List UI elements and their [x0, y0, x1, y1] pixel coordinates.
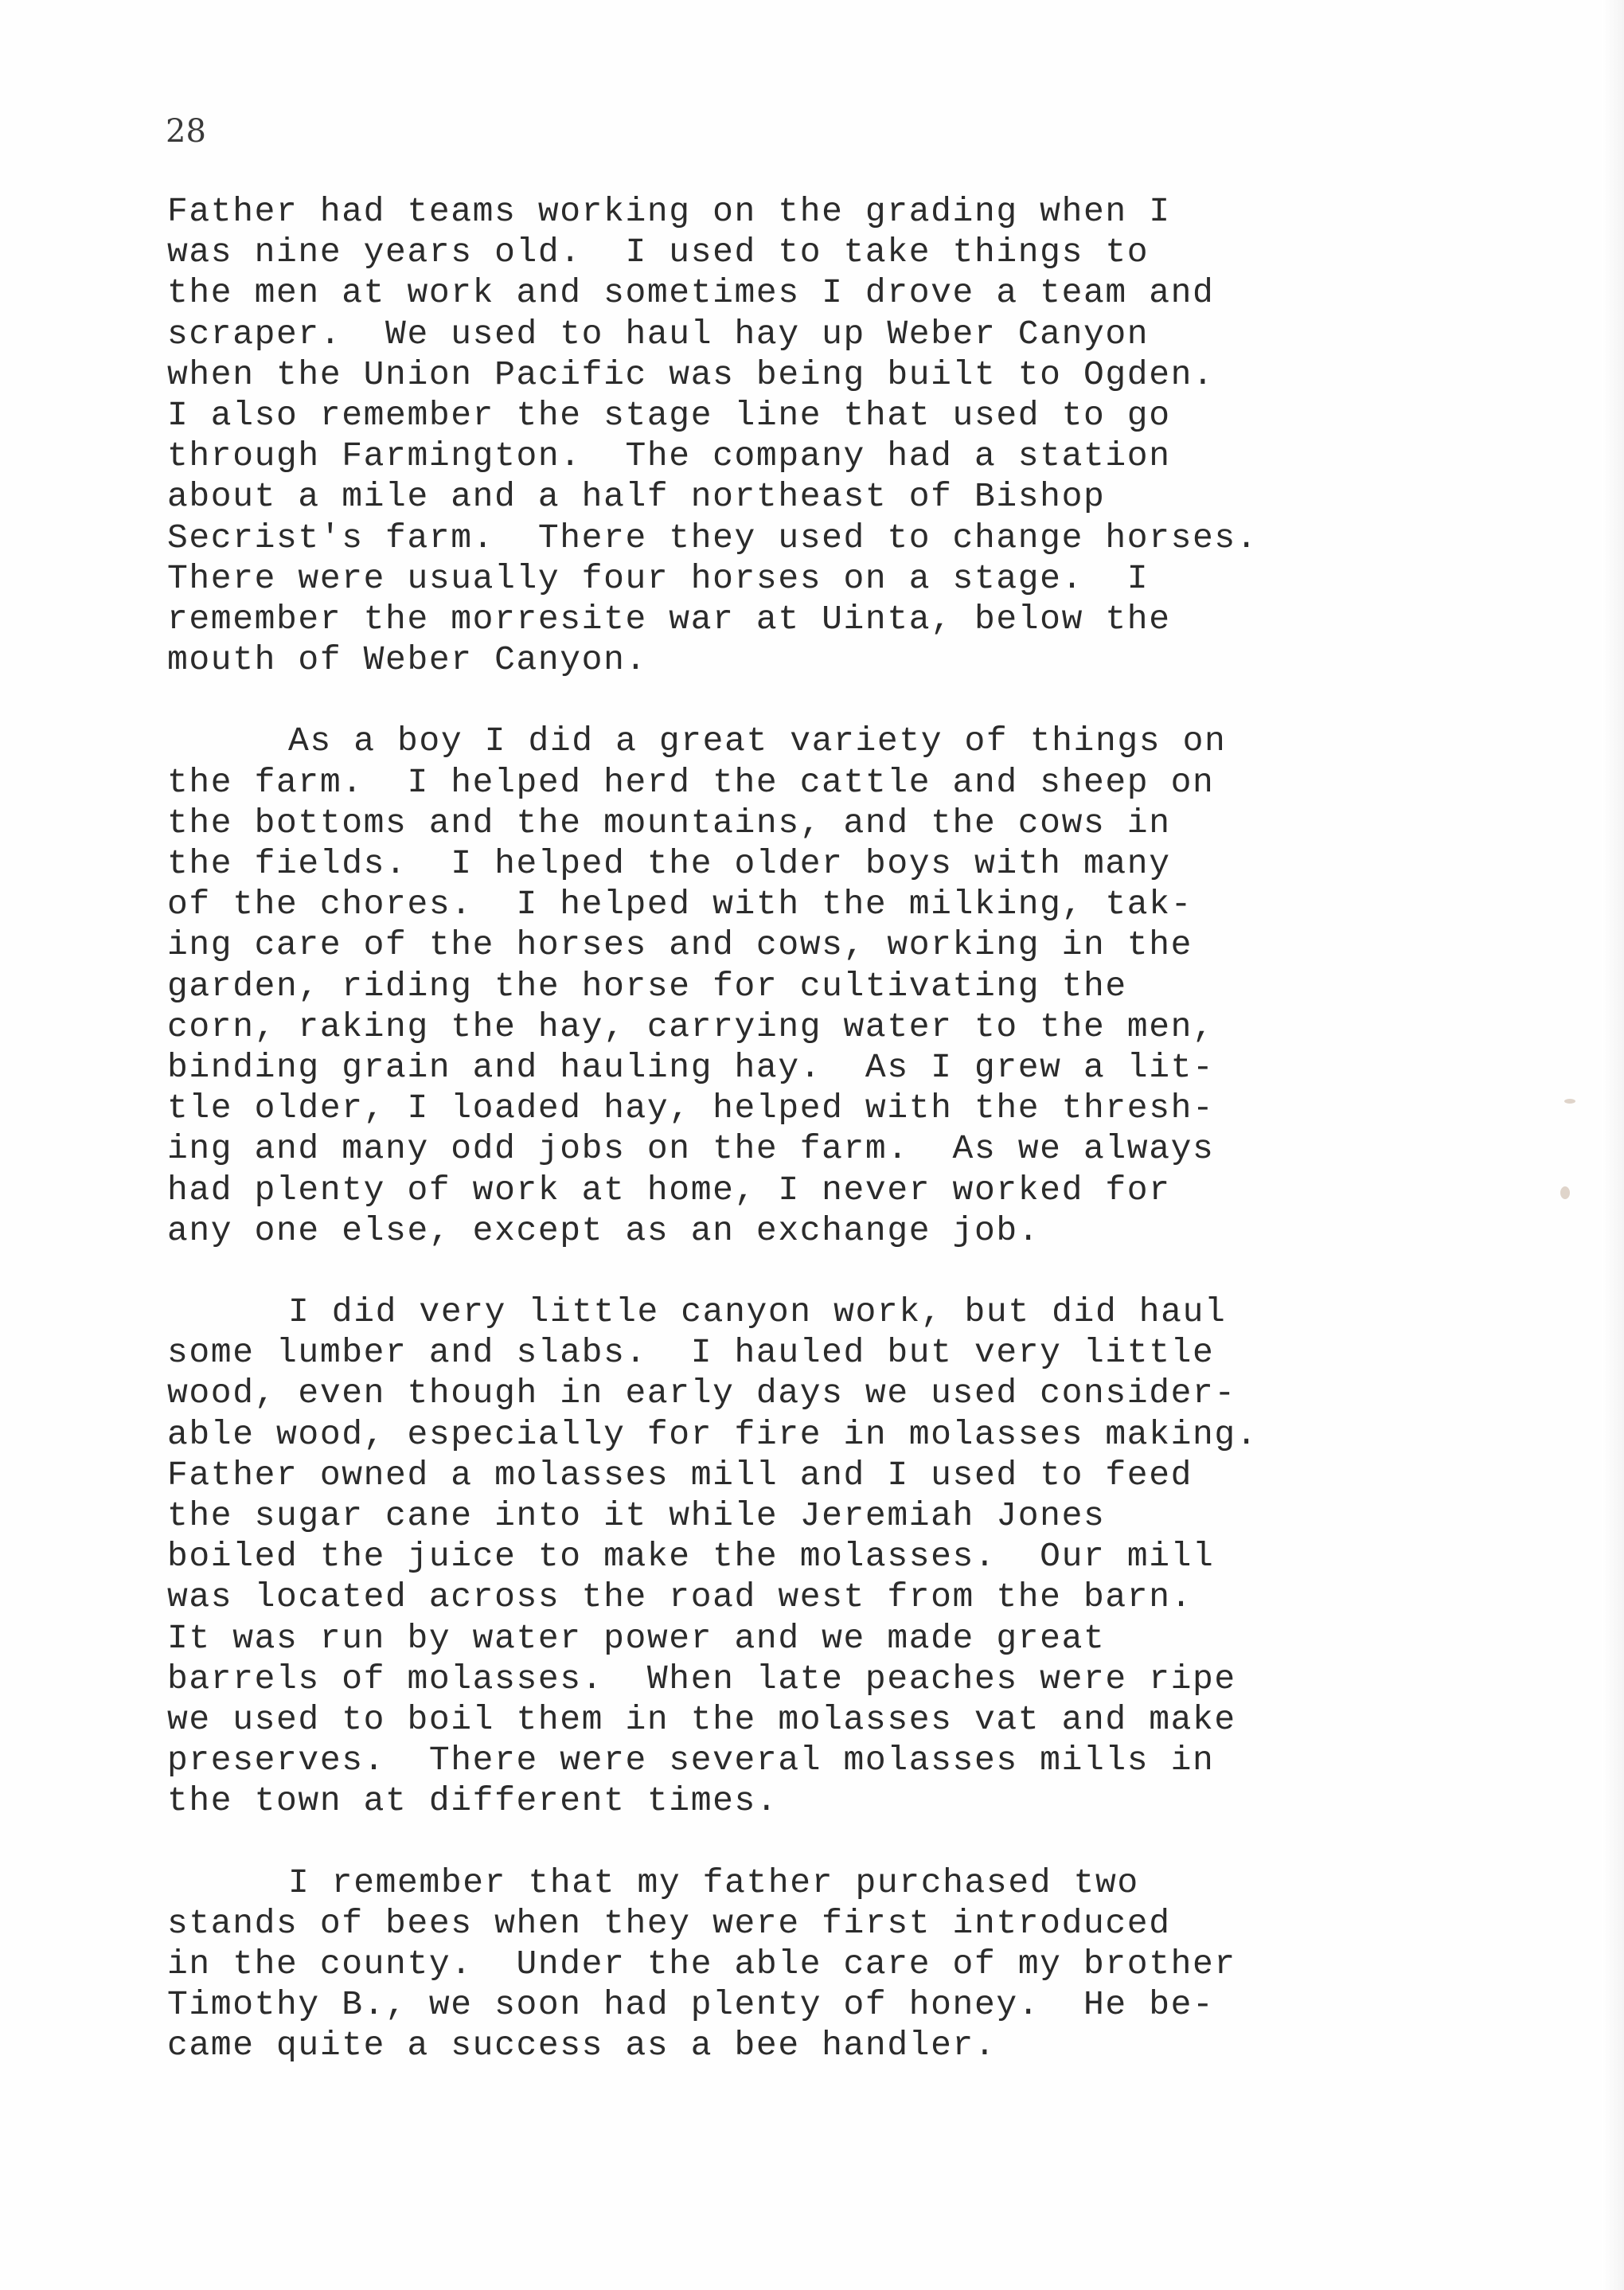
- text-line: the men at work and sometimes I drove a …: [167, 272, 1409, 313]
- text-line: It was run by water power and we made gr…: [167, 1618, 1409, 1659]
- text-line: Secrist's farm. There they used to chang…: [167, 518, 1409, 558]
- paragraph: I did very little canyon work, but did h…: [167, 1292, 1409, 1821]
- page-edge-shadow: [1602, 0, 1624, 2290]
- text-line: There were usually four horses on a stag…: [167, 558, 1409, 599]
- text-line: As a boy I did a great variety of things…: [167, 721, 1409, 761]
- text-line: in the county. Under the able care of my…: [167, 1944, 1409, 1984]
- text-line: binding grain and hauling hay. As I grew…: [167, 1047, 1409, 1088]
- text-line: garden, riding the horse for cultivating…: [167, 966, 1409, 1006]
- text-line: we used to boil them in the molasses vat…: [167, 1699, 1409, 1740]
- text-line: I remember that my father purchased two: [167, 1862, 1409, 1903]
- text-line: corn, raking the hay, carrying water to …: [167, 1006, 1409, 1047]
- text-line: the sugar cane into it while Jeremiah Jo…: [167, 1495, 1409, 1536]
- text-line: the bottoms and the mountains, and the c…: [167, 803, 1409, 843]
- text-line: I also remember the stage line that used…: [167, 395, 1409, 436]
- text-line: the farm. I helped herd the cattle and s…: [167, 762, 1409, 803]
- text-line: remember the morresite war at Uinta, bel…: [167, 599, 1409, 639]
- text-line: some lumber and slabs. I hauled but very…: [167, 1332, 1409, 1373]
- paragraph: As a boy I did a great variety of things…: [167, 721, 1409, 1250]
- text-line: came quite a success as a bee handler.: [167, 2025, 1409, 2065]
- text-line: Timothy B., we soon had plenty of honey.…: [167, 1984, 1409, 2025]
- text-line: of the chores. I helped with the milking…: [167, 884, 1409, 924]
- text-line: preserves. There were several molasses m…: [167, 1740, 1409, 1780]
- text-line: able wood, especially for fire in molass…: [167, 1414, 1409, 1455]
- text-line: I did very little canyon work, but did h…: [167, 1292, 1409, 1332]
- page-number: 28: [166, 113, 206, 150]
- text-line: about a mile and a half northeast of Bis…: [167, 476, 1409, 517]
- paper-blemish: [1560, 1186, 1570, 1199]
- paper-blemish: [1564, 1099, 1575, 1104]
- text-line: was located across the road west from th…: [167, 1577, 1409, 1617]
- text-line: ing care of the horses and cows, working…: [167, 924, 1409, 965]
- text-line: barrels of molasses. When late peaches w…: [167, 1659, 1409, 1699]
- text-line: Father had teams working on the grading …: [167, 191, 1409, 232]
- body-text: Father had teams working on the grading …: [167, 191, 1409, 2107]
- text-line: Father owned a molasses mill and I used …: [167, 1455, 1409, 1495]
- text-line: the fields. I helped the older boys with…: [167, 843, 1409, 884]
- paragraph: I remember that my father purchased twos…: [167, 1862, 1409, 2066]
- text-line: ing and many odd jobs on the farm. As we…: [167, 1128, 1409, 1169]
- text-line: was nine years old. I used to take thing…: [167, 232, 1409, 272]
- paragraph: Father had teams working on the grading …: [167, 191, 1409, 680]
- text-line: when the Union Pacific was being built t…: [167, 354, 1409, 395]
- text-line: tle older, I loaded hay, helped with the…: [167, 1088, 1409, 1128]
- text-line: the town at different times.: [167, 1780, 1409, 1821]
- text-line: any one else, except as an exchange job.: [167, 1210, 1409, 1251]
- text-line: scraper. We used to haul hay up Weber Ca…: [167, 314, 1409, 354]
- text-line: stands of bees when they were first intr…: [167, 1903, 1409, 1944]
- text-line: through Farmington. The company had a st…: [167, 436, 1409, 476]
- text-line: wood, even though in early days we used …: [167, 1373, 1409, 1413]
- document-page: 28 Father had teams working on the gradi…: [0, 0, 1624, 2290]
- text-line: mouth of Weber Canyon.: [167, 639, 1409, 680]
- text-line: had plenty of work at home, I never work…: [167, 1170, 1409, 1210]
- text-line: boiled the juice to make the molasses. O…: [167, 1536, 1409, 1577]
